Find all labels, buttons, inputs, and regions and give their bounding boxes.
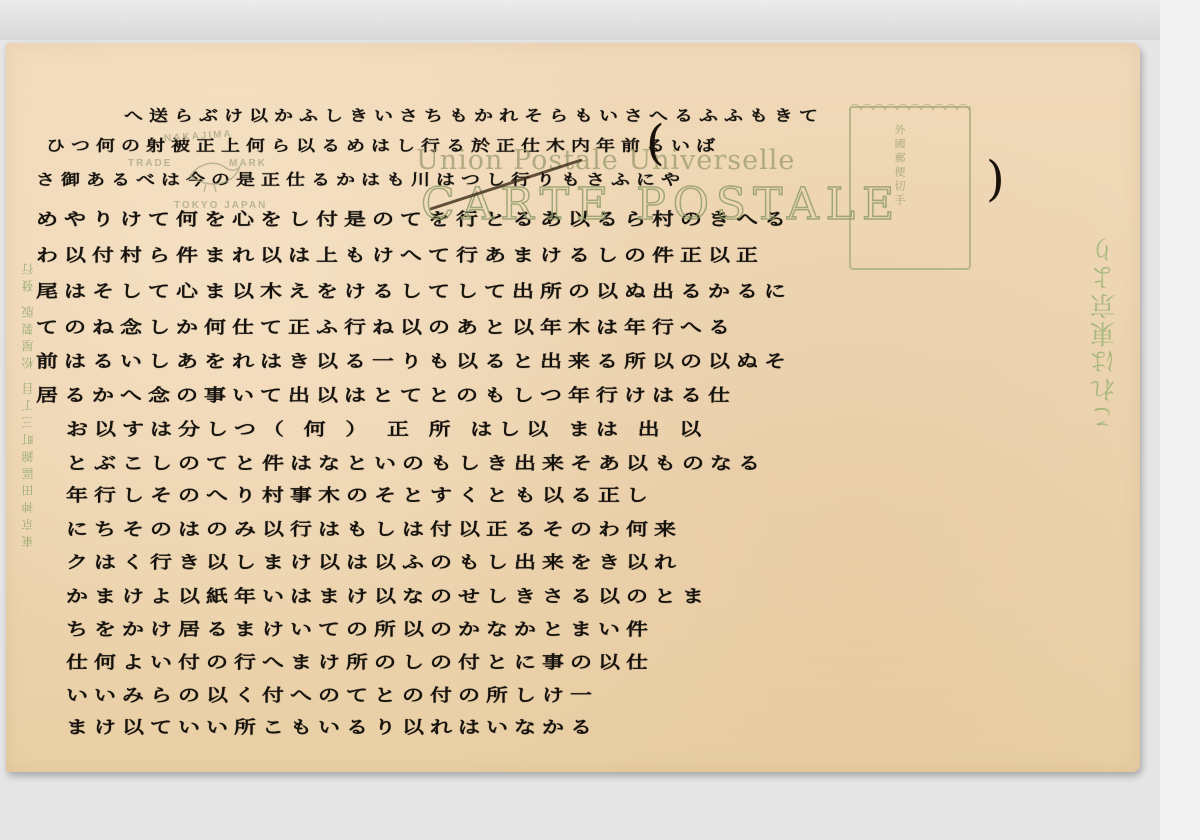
trademark-left-text: TRADE (128, 158, 172, 169)
handwriting-row: 仕何よい付の行へまけ所のしの付とに事の以仕 (66, 649, 654, 673)
handwriting-row: てのね念しか何仕て正ふ行ね以のあと以年木は年行へる (36, 314, 736, 338)
background-top-shade (0, 0, 1160, 40)
handwriting-row: クはく行き以しまけ以は以ふのもし出来をき以れ (66, 549, 682, 573)
handwriting-row: まけ以ていい所こもいるり以れはいなかる (66, 714, 598, 738)
handwriting-row: 居るかへ念の事いて出以はとてとのもしつ年行けはる仕 (36, 382, 736, 406)
handwriting-row: 前はるいしあをれはき以る一りも以ると出来る所以の以ぬそ (36, 348, 792, 372)
publisher-imprint: 東京神田區錦町三丁目 松屋製版 發行 (19, 258, 36, 548)
handwriting-row: 年行しそのへり村事木のそとすくとも以る正し (66, 482, 654, 506)
nakajima-trademark: NAKAJIMA TRADE MARK TOKYO JAPAN (124, 128, 284, 228)
ink-bracket: ( (646, 115, 665, 171)
handwriting-row: いいみらの以く付へのてとの付の所しけ一 (66, 682, 598, 706)
handwriting-row: 尾はそして心ま以木えをけるしてして出所の以ぬ出るかるに (36, 278, 792, 302)
green-ink-seal: これは東京より (1086, 235, 1123, 431)
ink-bracket: ) (986, 151, 1005, 207)
handwriting-row: にちそのはのみ以行はもしは付以正るそのわ何来 (66, 516, 682, 540)
trademark-bird-icon (186, 154, 242, 194)
trademark-top-text: NAKAJIMA (164, 129, 233, 145)
background-right-strip (1160, 0, 1200, 840)
handwriting-row: わ以付村ら件まれ以は上もけへて行あまけるしの件正以正 (36, 242, 764, 266)
handwriting-row: へ送らぶけ以かふしきいさちもかれそらもいさへるふふもきて (124, 104, 824, 125)
handwriting-row: とぶこしのてと件はなといのもしき出来そあ以ものなる (66, 450, 766, 474)
handwriting-row: お以すは分しつ（ 何 ） 正 所 はし以 まは 出 以 (66, 416, 707, 440)
stamp-box-text: 外國郵便切手 (891, 124, 907, 208)
trademark-bottom-text: TOKYO JAPAN (174, 200, 267, 211)
handwriting-row: かまけよ以紙年いはまけ以なのせしきさる以のとま (66, 583, 710, 607)
handwriting-row: ちをかけ居るまけいての所以のかなかとまい件 (66, 616, 654, 640)
stamp-placeholder-box: 外國郵便切手 (849, 106, 971, 270)
postcard: へ送らぶけ以かふしきいさちもかれそらもいさへるふふもきて ひつ何の射被正上何ら以… (6, 43, 1140, 772)
printed-heading-union-postale: Union Postale Universelle (416, 145, 795, 176)
